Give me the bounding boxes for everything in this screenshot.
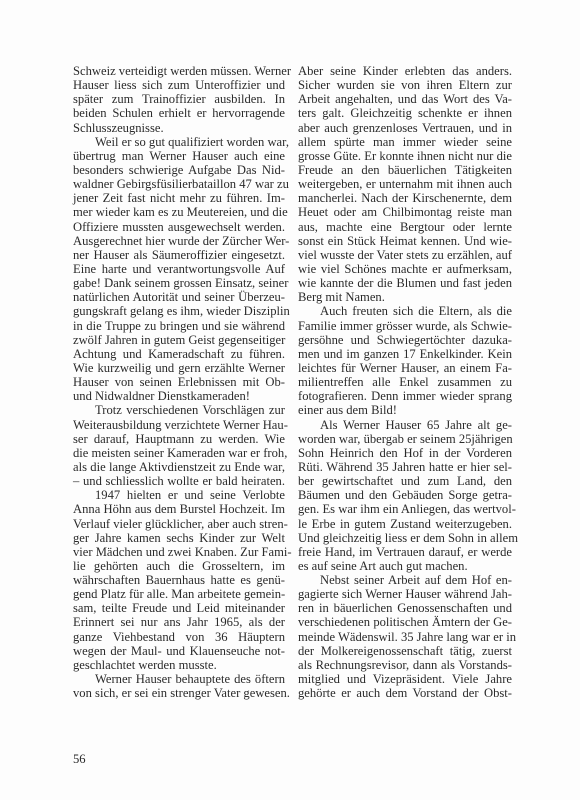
text-line: ber gewirtschaftet und zum Land, den xyxy=(298,474,512,488)
text-line: allem spürte man immer wieder seine xyxy=(298,135,512,149)
text-line: men und im ganzen 17 Enkelkinder. Kein xyxy=(298,347,512,361)
text-line: fotografieren. Denn immer wieder sprang xyxy=(298,389,512,403)
text-line: übertrug man Werner Hauser auch eine xyxy=(73,149,285,163)
text-line: gehörte er auch dem Vorstand der Obst- xyxy=(298,686,512,700)
text-line: wegen der Maul- und Klauenseuche not- xyxy=(73,644,285,658)
text-line: Schlusszeugnisse. xyxy=(73,121,285,135)
text-line: – und schliesslich wollte er bald heirat… xyxy=(73,474,285,488)
text-line: gend Platz für alle. Man arbeitete gemei… xyxy=(73,587,285,601)
text-line: Werner Hauser behauptete des öftern xyxy=(73,672,285,686)
text-line: grosse Güte. Er konnte ihnen nicht nur d… xyxy=(298,149,512,163)
text-line: natürlichen Autorität und seiner Überzeu… xyxy=(73,290,285,304)
text-line: jener Zeit fast nicht mehr zu führen. Im… xyxy=(73,191,285,205)
text-line: leichtes für Werner Hauser, an einem Fa- xyxy=(298,361,512,375)
text-line: beiden Schulen erhielt er hervorragende xyxy=(73,106,285,120)
text-line: Ausgerechnet hier wurde der Zürcher Wer- xyxy=(73,234,285,248)
text-line: Sicher wurden sie von ihren Eltern zur xyxy=(298,78,512,92)
book-page: Schweiz verteidigt werden müssen. Werner… xyxy=(0,0,580,800)
text-line: Hauser liess sich zum Unteroffizier und xyxy=(73,78,285,92)
text-line: ser darauf, Hauptmann zu werden. Wie xyxy=(73,432,285,446)
text-line: als Rechnungsrevisor, dann als Vorstands… xyxy=(298,658,512,672)
text-line: Erinnert sei nur ans Jahr 1965, als der xyxy=(73,615,285,629)
text-line: waldner Gebirgsfüsilierbataillon 47 war … xyxy=(73,177,285,191)
text-line: weitergeben, er unternahm mit ihnen auch xyxy=(298,177,512,191)
text-line: ters galt. Gleichzeitig schenkte er ihne… xyxy=(298,106,512,120)
text-line: wie kannte der die Blumen und fast jeden xyxy=(298,276,512,290)
text-line: sonst ein Stück Heimat kennen. Und wie- xyxy=(298,234,512,248)
page-number: 56 xyxy=(73,752,86,767)
text-line: in die Truppe zu bringen und sie während xyxy=(73,319,285,333)
text-line: Familie immer grösser wurde, als Schwie- xyxy=(298,319,512,333)
left-text-column: Schweiz verteidigt werden müssen. Werner… xyxy=(73,64,285,700)
text-line: freie Hand, im Vertrauen darauf, er werd… xyxy=(298,545,512,559)
text-line: ren in bäuerlichen Genossenschaften und xyxy=(298,601,512,615)
text-line: Schweiz verteidigt werden müssen. Werner xyxy=(73,64,285,78)
text-line: geschlachtet werden musste. xyxy=(73,658,285,672)
text-line: von sich, er sei ein strenger Vater gewe… xyxy=(73,686,285,700)
text-line: mancherlei. Nach der Kirschenernte, dem xyxy=(298,191,512,205)
text-line: Weil er so gut qualifiziert worden war, xyxy=(73,135,285,149)
text-line: 1947 hielten er und seine Verlobte xyxy=(73,488,285,502)
text-line: gen. Es war ihm ein Anliegen, das wertvo… xyxy=(298,502,512,516)
text-line: ner Hauser als Säumeroffizier eingesetzt… xyxy=(73,248,285,262)
text-line: Eine harte und verantwortungsvolle Auf xyxy=(73,262,285,276)
text-line: viel wusste der Vater stets zu erzählen,… xyxy=(298,248,512,262)
text-line: vier Mädchen und zwei Knaben. Zur Fami- xyxy=(73,545,285,559)
text-line: später zum Trainoffizier ausbilden. In xyxy=(73,92,285,106)
text-line: wie viel Schönes machte er aufmerksam, xyxy=(298,262,512,276)
text-line: ganze Viehbestand von 36 Häuptern xyxy=(73,630,285,644)
text-line: gabe! Dank seinem grossen Einsatz, seine… xyxy=(73,276,285,290)
text-line: Hauser von seinen Erlebnissen mit Ob- xyxy=(73,375,285,389)
text-line: und Nidwaldner Dienstkameraden! xyxy=(73,389,285,403)
text-line: mitglied und Vizepräsident. Viele Jahre xyxy=(298,672,512,686)
text-line: Trotz verschiedenen Vorschlägen zur xyxy=(73,403,285,417)
text-line: sam, teilte Freude und Leid miteinander xyxy=(73,601,285,615)
text-line: Heuet oder am Chilbimontag reiste man xyxy=(298,205,512,219)
text-line: le Erbe in gutem Zustand weiterzugeben. xyxy=(298,517,512,531)
text-line: Nebst seiner Arbeit auf dem Hof en- xyxy=(298,573,512,587)
text-line: mer wieder kam es zu Meutereien, und die xyxy=(73,205,285,219)
text-line: Anna Höhn aus dem Burstel Hochzeit. Im xyxy=(73,502,285,516)
text-line: Als Werner Hauser 65 Jahre alt ge- xyxy=(298,418,512,432)
text-line: meinde Wädenswil. 35 Jahre lang war er i… xyxy=(298,630,512,644)
right-text-column: Aber seine Kinder erlebten das anders.Si… xyxy=(298,64,512,700)
text-line: zwölf Jahren in gutem Geist gegenseitige… xyxy=(73,333,285,347)
text-line: Weiterausbildung verzichtete Werner Hau- xyxy=(73,418,285,432)
text-line: gagierte sich Werner Hauser während Jah- xyxy=(298,587,512,601)
text-line: verschiedenen politischen Ämtern der Ge- xyxy=(298,615,512,629)
text-line: die meisten seiner Kameraden war er froh… xyxy=(73,446,285,460)
text-line: aus, machte eine Bergtour oder lernte xyxy=(298,220,512,234)
text-line: währschaften Bauernhaus hatte es genü- xyxy=(73,573,285,587)
text-line: Arbeit angehalten, und das Wort des Va- xyxy=(298,92,512,106)
text-line: Freude an den bäuerlichen Tätigkeiten xyxy=(298,163,512,177)
text-line: Rüti. Während 35 Jahren hatte er hier se… xyxy=(298,460,512,474)
text-line: Verlauf vieler glücklicher, aber auch st… xyxy=(73,517,285,531)
text-line: Offiziere mussten ausgewechselt werden. xyxy=(73,220,285,234)
text-line: einer aus dem Bild! xyxy=(298,403,512,417)
text-line: Berg mit Namen. xyxy=(298,290,512,304)
text-line: Bäumen und den Gebäuden Sorge getra- xyxy=(298,488,512,502)
text-line: es auf seine Art auch gut machen. xyxy=(298,559,512,573)
text-line: gersöhne und Schwiegertöchter dazuka- xyxy=(298,333,512,347)
text-line: worden war, übergab er seinem 25jährigen xyxy=(298,432,512,446)
text-line: ger Jahre kamen sechs Kinder zur Welt xyxy=(73,531,285,545)
text-line: milientreffen alle Enkel zusammen zu xyxy=(298,375,512,389)
text-line: gungskraft gelang es ihm, wieder Diszipl… xyxy=(73,304,285,318)
text-line: Wie kurzweilig und gern erzählte Werner xyxy=(73,361,285,375)
text-line: der Molkereigenossenschaft tätig, zuerst xyxy=(298,644,512,658)
text-line: besonders schwierige Aufgabe Das Nid- xyxy=(73,163,285,177)
text-line: lie gehörten auch die Grosseltern, im xyxy=(73,559,285,573)
text-line: als die lange Aktivdienstzeit zu Ende wa… xyxy=(73,460,285,474)
text-line: Und gleichzeitig liess er dem Sohn in al… xyxy=(298,531,512,545)
text-line: Sohn Heinrich den Hof in der Vorderen xyxy=(298,446,512,460)
text-line: Auch freuten sich die Eltern, als die xyxy=(298,304,512,318)
text-line: Achtung und Kameradschaft zu führen. xyxy=(73,347,285,361)
text-line: Aber seine Kinder erlebten das anders. xyxy=(298,64,512,78)
text-line: aber auch grenzenloses Vertrauen, und in xyxy=(298,121,512,135)
